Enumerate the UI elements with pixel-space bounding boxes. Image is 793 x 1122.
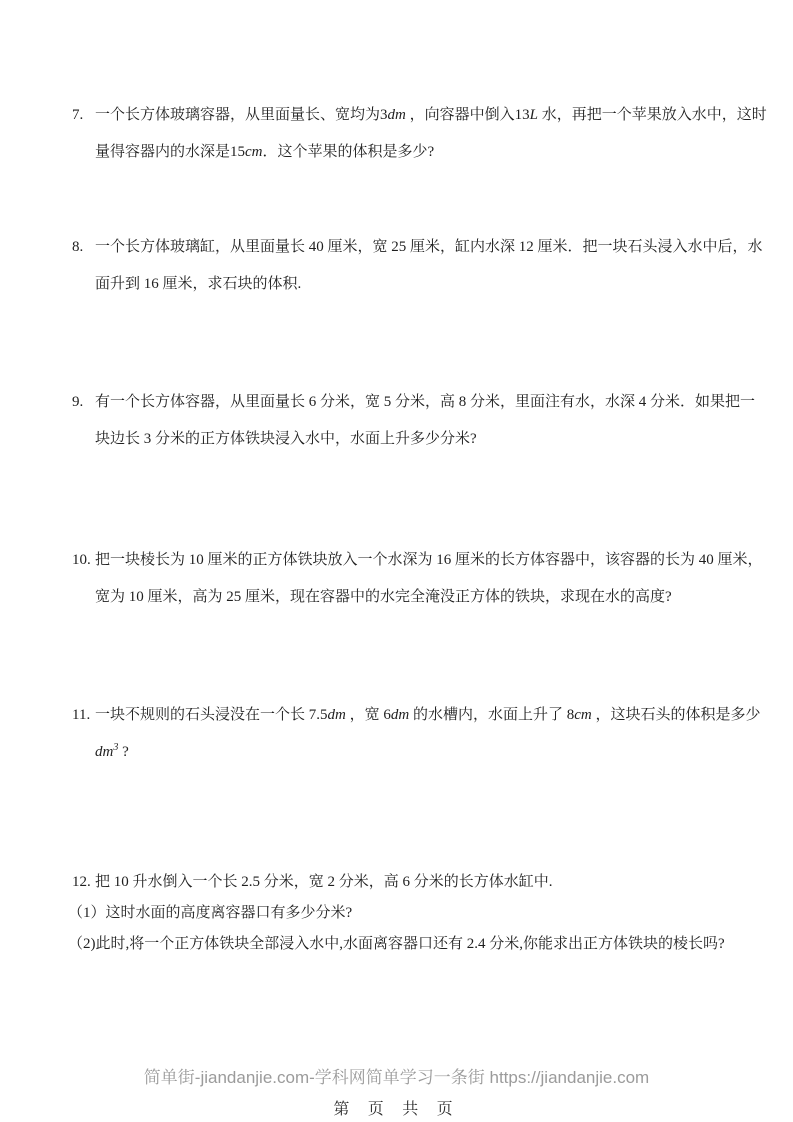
worksheet-page: 7.一个长方体玻璃容器，从里面量长、宽均为3dm ，向容器中倒入13L 水，再把… [0, 0, 793, 1122]
question-number: 8. [72, 229, 95, 266]
text-segment: dm [95, 744, 113, 760]
question-line: 11.一块不规则的石头浸没在一个长 7.5dm ，宽 6dm 的水槽内，水面上升… [95, 697, 755, 734]
question-line: 12.把 10 升水倒入一个长 2.5 分米，宽 2 分米，高 6 分米的长方体… [95, 867, 755, 898]
question-12: 12.把 10 升水倒入一个长 2.5 分米，宽 2 分米，高 6 分米的长方体… [95, 867, 755, 960]
question-line: 宽为 10 厘米，高为 25 厘米，现在容器中的水完全淹没正方体的铁块，求现在水… [95, 579, 755, 616]
text-segment: （2)此时,将一个正方体铁块全部浸入水中,水面离容器口还有 2.4 分米,你能求… [68, 936, 725, 952]
question-number: 11. [72, 697, 95, 734]
text-segment: 13 [515, 107, 530, 123]
text-segment: 量得容器内的水深是 [95, 144, 230, 160]
text-segment: ，宽 [346, 707, 384, 723]
text-segment: dm [388, 107, 406, 123]
text-segment: ? [118, 744, 128, 760]
text-segment: cm [574, 707, 592, 723]
question-8: 8.一个长方体玻璃缸，从里面量长 40 厘米，宽 25 厘米，缸内水深 12 厘… [95, 229, 755, 303]
text-segment: 一个长方体玻璃容器，从里面量长、宽均为 [95, 107, 380, 123]
question-number: 7. [72, 97, 95, 134]
question-line: 8.一个长方体玻璃缸，从里面量长 40 厘米，宽 25 厘米，缸内水深 12 厘… [95, 229, 755, 266]
text-segment: dm [391, 707, 409, 723]
question-line: （2)此时,将一个正方体铁块全部浸入水中,水面离容器口还有 2.4 分米,你能求… [68, 929, 755, 960]
question-number: 9. [72, 384, 95, 421]
question-line: 面升到 16 厘米，求石块的体积. [95, 266, 755, 303]
text-segment: 有一个长方体容器，从里面量长 6 分米，宽 5 分米，高 8 分米，里面注有水，… [95, 394, 755, 410]
text-segment: 6 [383, 707, 391, 723]
text-segment: 一块不规则的石头浸没在一个长 [95, 707, 309, 723]
question-line: 块边长 3 分米的正方体铁块浸入水中，水面上升多少分米? [95, 421, 755, 458]
text-segment: 水，再把一个苹果放入水中，这时 [538, 107, 767, 123]
text-segment: dm [328, 707, 346, 723]
text-segment: 3 [380, 107, 388, 123]
text-segment: 一个长方体玻璃缸，从里面量长 40 厘米，宽 25 厘米，缸内水深 12 厘米．… [95, 239, 763, 255]
text-segment: 的水槽内，水面上升了 [409, 707, 567, 723]
text-segment: L [530, 107, 538, 123]
text-segment: 面升到 16 厘米，求石块的体积. [95, 276, 301, 292]
question-line: 7.一个长方体玻璃容器，从里面量长、宽均为3dm ，向容器中倒入13L 水，再把… [95, 97, 755, 134]
question-line: 10.把一块棱长为 10 厘米的正方体铁块放入一个水深为 16 厘米的长方体容器… [95, 542, 755, 579]
text-segment: 宽为 10 厘米，高为 25 厘米，现在容器中的水完全淹没正方体的铁块，求现在水… [95, 589, 672, 605]
question-11: 11.一块不规则的石头浸没在一个长 7.5dm ，宽 6dm 的水槽内，水面上升… [95, 697, 755, 771]
text-segment: 把 10 升水倒入一个长 2.5 分米，宽 2 分米，高 6 分米的长方体水缸中… [95, 874, 553, 890]
question-number: 12. [72, 867, 95, 898]
text-segment: 15 [230, 144, 245, 160]
question-number: 10. [72, 542, 95, 579]
text-segment: 块边长 3 分米的正方体铁块浸入水中，水面上升多少分米? [95, 431, 477, 447]
question-7: 7.一个长方体玻璃容器，从里面量长、宽均为3dm ，向容器中倒入13L 水，再把… [95, 97, 755, 171]
question-line: （1）这时水面的高度离容器口有多少分米? [68, 898, 755, 929]
footer-site-watermark: 简单街-jiandanjie.com-学科网简单学习一条街 https://ji… [0, 1063, 793, 1088]
text-segment: （1）这时水面的高度离容器口有多少分米? [68, 905, 352, 921]
question-line: 量得容器内的水深是15cm．这个苹果的体积是多少? [95, 134, 755, 171]
question-10: 10.把一块棱长为 10 厘米的正方体铁块放入一个水深为 16 厘米的长方体容器… [95, 542, 755, 616]
text-segment: ，这块石头的体积是多少 [592, 707, 761, 723]
question-9: 9.有一个长方体容器，从里面量长 6 分米，宽 5 分米，高 8 分米，里面注有… [95, 384, 755, 458]
question-line: dm3 ? [95, 734, 755, 771]
text-segment: ．这个苹果的体积是多少? [263, 144, 435, 160]
text-segment: cm [245, 144, 263, 160]
text-segment: ，向容器中倒入 [406, 107, 515, 123]
footer-page-number: 第 页 共 页 [0, 1096, 793, 1119]
question-line: 9.有一个长方体容器，从里面量长 6 分米，宽 5 分米，高 8 分米，里面注有… [95, 384, 755, 421]
text-segment: 把一块棱长为 10 厘米的正方体铁块放入一个水深为 16 厘米的长方体容器中，该… [95, 552, 763, 568]
text-segment: 7.5 [309, 707, 328, 723]
